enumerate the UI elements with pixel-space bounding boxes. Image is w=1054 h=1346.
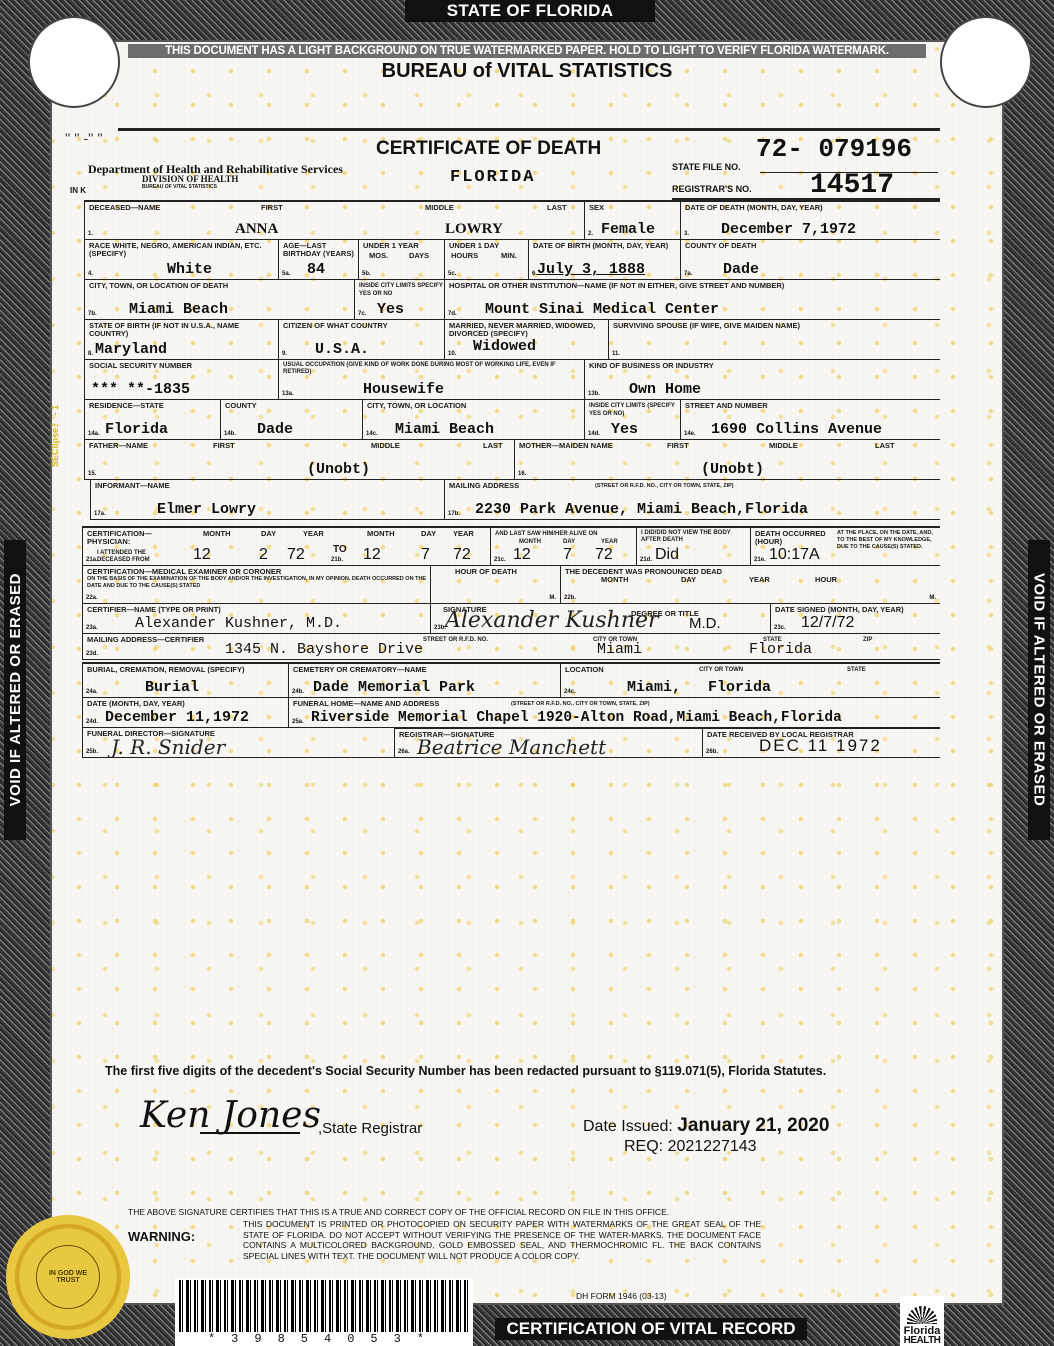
field-ssn: SOCIAL SECURITY NUMBER *** **-1835 (84, 360, 278, 400)
funeral-director-signature: J. R. Snider (111, 735, 225, 758)
field-cemetery: CEMETERY OR CREMATORY—NAME 24b. Dade Mem… (288, 662, 560, 698)
field-surviving-spouse: SURVIVING SPOUSE (IF WIFE, GIVE MAIDEN N… (608, 320, 940, 360)
ssn-redaction-note: The first five digits of the decedent's … (105, 1064, 826, 1078)
ink-mark: IN K (70, 186, 86, 195)
watermark-notice: THIS DOCUMENT HAS A LIGHT BACKGROUND ON … (128, 44, 926, 58)
barcode-text: *39854053* (175, 1332, 473, 1346)
certificate-state: FLORIDA (450, 168, 535, 187)
field-race: RACE WHITE, NEGRO, AMERICAN INDIAN, ETC.… (84, 240, 278, 280)
certificate-title: CERTIFICATE OF DEATH (376, 138, 601, 160)
certification-banner: CERTIFICATION OF VITAL RECORD (495, 1318, 807, 1340)
field-under-1-year: UNDER 1 YEAR MOS. DAYS 5b. (358, 240, 444, 280)
field-funeral-director-signature: FUNERAL DIRECTOR—SIGNATURE 25b. J. R. Sn… (82, 728, 394, 758)
field-informant: INFORMANT—NAME 17a. Elmer Lowry (90, 480, 444, 520)
field-age: AGE—LAST BIRTHDAY (YEARS) 5a. 84 (278, 240, 358, 280)
field-occupation: USUAL OCCUPATION (GIVE KIND OF WORK DONE… (278, 360, 584, 400)
field-father-name: FATHER—NAME FIRST MIDDLE LAST 15. (Unobt… (84, 440, 514, 480)
void-label-right: VOID IF ALTERED OR ERASED (1028, 540, 1050, 840)
header-rule (118, 128, 940, 131)
field-citizen-of: CITIZEN OF WHAT COUNTRY 9. U.S.A. (278, 320, 444, 360)
field-certifier-signature: SIGNATURE DEGREE OR TITLE 23b. Alexander… (430, 604, 770, 634)
form-number: DH FORM 1946 (03-13) (576, 1291, 667, 1301)
barcode-bars (179, 1280, 469, 1332)
great-seal-icon: IN GOD WE TRUST (6, 1215, 130, 1339)
field-death-occurred-hour: DEATH OCCURRED (HOUR) AT THE PLACE, ON T… (750, 526, 940, 566)
deceased-last-name: LOWRY (445, 221, 503, 238)
field-disposition-date: DATE (MONTH, DAY, YEAR) 24d. December 11… (82, 698, 288, 728)
field-county-of-death: COUNTY OF DEATH 7a. Dade (680, 240, 940, 280)
field-certifier-address: MAILING ADDRESS—CERTIFIER STREET OR R.F.… (82, 634, 940, 660)
field-deceased-name: DECEASED—NAME FIRST MIDDLE LAST 1. ANNA … (84, 200, 584, 240)
warning-label: WARNING: (128, 1229, 195, 1244)
state-file-label: STATE FILE NO. (672, 162, 741, 172)
registrar-number-label: REGISTRAR'S NO. (672, 184, 752, 194)
bureau-small: BUREAU OF VITAL STATISTICS (142, 184, 217, 190)
field-marital-status: MARRIED, NEVER MARRIED, WIDOWED, DIVORCE… (444, 320, 608, 360)
field-date-signed: DATE SIGNED (MONTH, DAY, YEAR) 23c. 12/7… (770, 604, 940, 634)
seclipse-mark: SECllpse™ - 1 (50, 405, 60, 467)
field-certifier-name: CERTIFIER—NAME (TYPE OR PRINT) 23a. Alex… (82, 604, 430, 634)
field-under-1-day: UNDER 1 DAY HOURS MIN. 5c. (444, 240, 528, 280)
field-sex: SEX 2. Female (584, 200, 680, 240)
field-hospital: HOSPITAL OR OTHER INSTITUTION—NAME (IF N… (444, 280, 940, 320)
field-residence-street: STREET AND NUMBER 14e. 1690 Collins Aven… (680, 400, 940, 440)
state-registrar-signature: Ken Jones (140, 1095, 321, 1136)
field-date-received: DATE RECEIVED BY LOCAL REGISTRAR 26b. DE… (702, 728, 940, 758)
state-registrar-title: ,State Registrar (318, 1120, 422, 1137)
field-residence-inside-city: INSIDE CITY LIMITS (SPECIFY YES OR NO) 1… (584, 400, 680, 440)
certifier-signature: Alexander Kushner (445, 608, 659, 633)
field-informant-address: MAILING ADDRESS (STREET OR R.F.D. NO., C… (444, 480, 940, 520)
sun-icon (907, 1306, 937, 1324)
field-funeral-home: FUNERAL HOME—NAME AND ADDRESS (STREET OR… (288, 698, 940, 728)
seal-center: IN GOD WE TRUST (36, 1245, 100, 1309)
field-last-saw-alive: AND LAST SAW HIM/HER ALIVE ON MONTH DAY … (490, 526, 636, 566)
deceased-first-name: ANNA (235, 221, 278, 238)
certification-statement: THE ABOVE SIGNATURE CERTIFIES THAT THIS … (128, 1207, 669, 1217)
field-residence-county: COUNTY 14b. Dade (220, 400, 362, 440)
field-residence-city: CITY, TOWN, OR LOCATION 14c. Miami Beach (362, 400, 584, 440)
date-issued-value: January 21, 2020 (677, 1115, 829, 1136)
void-label-left: VOID IF ALTERED OR ERASED (4, 540, 26, 840)
field-cert-physician: CERTIFICATION—PHYSICIAN: I ATTENDED THE … (82, 526, 490, 566)
field-city-of-death: CITY, TOWN, OR LOCATION OF DEATH 7b. Mia… (84, 280, 354, 320)
field-pronounced-dead: THE DECEDENT WAS PRONOUNCED DEAD MONTH D… (560, 566, 940, 604)
field-mother-name: MOTHER—MAIDEN NAME FIRST MIDDLE LAST 16.… (514, 440, 940, 480)
field-location: LOCATION CITY OR TOWN STATE 24c. Miami, … (560, 662, 940, 698)
field-cert-examiner: CERTIFICATION—MEDICAL EXAMINER OR CORONE… (82, 566, 430, 604)
warning-text: THIS DOCUMENT IS PRINTED OR PHOTOCOPIED … (243, 1219, 761, 1261)
signature-underline (200, 1132, 300, 1134)
division-name: DIVISION OF HEALTH (142, 174, 238, 184)
field-viewed-body: I DID/DID NOT VIEW THE BODY AFTER DEATH … (636, 526, 750, 566)
field-business: KIND OF BUSINESS OR INDUSTRY 13b. Own Ho… (584, 360, 940, 400)
field-inside-city-limits-death: INSIDE CITY LIMITS SPECIFY YES OR NO 7c.… (354, 280, 444, 320)
field-disposition: BURIAL, CREMATION, REMOVAL (SPECIFY) 24a… (82, 662, 288, 698)
state-banner: STATE OF FLORIDA (405, 0, 655, 22)
field-residence-state: RESIDENCE—STATE 14a. Florida (84, 400, 220, 440)
handwritten-mark: '' '' -'' '' (65, 130, 103, 146)
field-registrar-signature: REGISTRAR—SIGNATURE 26a. Beatrice Manche… (394, 728, 702, 758)
field-state-of-birth: STATE OF BIRTH (IF NOT IN U.S.A., NAME C… (84, 320, 278, 360)
registrar-signature: Beatrice Manchett (417, 735, 606, 758)
florida-health-logo: Florida HEALTH (900, 1296, 944, 1346)
barcode: *39854053* (175, 1278, 473, 1346)
field-date-of-birth: DATE OF BIRTH (MONTH, DAY, YEAR) 6. July… (528, 240, 680, 280)
date-issued: Date Issued: January 21, 2020 (583, 1115, 829, 1137)
request-number: REQ: 2021227143 (624, 1138, 757, 1156)
field-hour-of-death: HOUR OF DEATH M. (430, 566, 560, 604)
registrar-number: 14517 (810, 170, 894, 201)
field-date-of-death: DATE OF DEATH (MONTH, DAY, YEAR) 3. Dece… (680, 200, 940, 240)
bureau-title: BUREAU of VITAL STATISTICS (0, 60, 1054, 83)
state-file-number: 72- 079196 (756, 134, 912, 164)
